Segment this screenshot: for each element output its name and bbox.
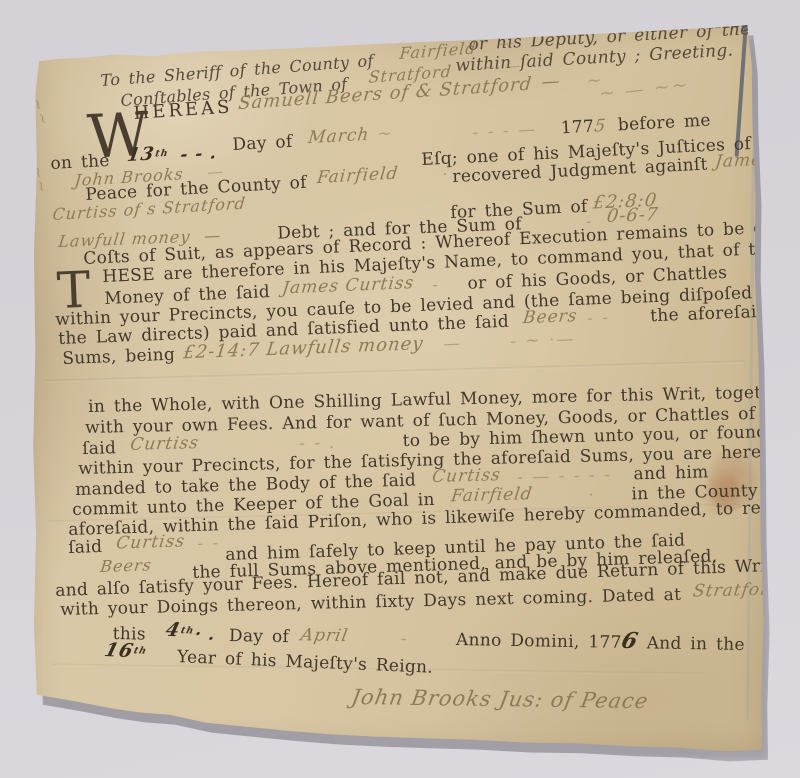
blank-space xyxy=(612,479,634,480)
blank-space xyxy=(414,290,432,291)
document-line: Beers xyxy=(100,556,152,576)
handwritten-text: - ~ ·— xyxy=(509,330,576,352)
handwritten-text: th xyxy=(180,627,196,638)
handwritten-text: ~ — ~~ xyxy=(599,74,691,106)
handwritten-text: - xyxy=(431,276,441,296)
blank-space xyxy=(408,644,456,645)
handwritten-text: th xyxy=(133,647,149,658)
handwritten-text: ~~~ xyxy=(25,151,52,195)
blank-space xyxy=(610,321,650,323)
handwritten-text: ~ xyxy=(376,124,394,145)
blank-space xyxy=(398,180,442,182)
printed-text: the aforeſaid xyxy=(650,302,768,327)
handwritten-text: 16 xyxy=(102,640,136,663)
handwritten-text: — xyxy=(442,335,463,355)
blank-space xyxy=(423,349,443,350)
handwritten-text: Curtiss xyxy=(129,434,200,455)
handwritten-text: Curtiss of s Stratford xyxy=(52,194,247,224)
blank-space xyxy=(191,241,205,242)
document-line: Curtiss of s Stratford xyxy=(52,195,246,225)
document-ink-layer: WTor his Deputy, or either of thewithin … xyxy=(0,0,800,778)
handwritten-text: Beers xyxy=(522,307,579,329)
handwritten-text: - xyxy=(399,630,410,650)
handwritten-text: — xyxy=(497,33,517,53)
handwritten-text: ~~ xyxy=(27,97,53,127)
printed-text: ſaid xyxy=(82,438,116,459)
handwritten-text: - - xyxy=(586,309,611,330)
handwritten-text: Fairfield xyxy=(316,164,399,188)
handwritten-text: — xyxy=(541,72,562,94)
printed-text: And in the xyxy=(638,633,745,655)
document-line: ~~~ xyxy=(25,150,51,196)
printed-text: ſaid xyxy=(68,537,103,558)
printed-text: Year of his Majeſty's Reign. xyxy=(177,647,434,678)
blank-space xyxy=(561,89,587,91)
document-paper: WTor his Deputy, or either of thewithin … xyxy=(28,20,768,755)
handwritten-text: Curtiss xyxy=(115,532,186,554)
handwritten-text: 13 xyxy=(126,144,156,166)
handwritten-text: James Curtiss xyxy=(281,274,415,299)
blank-space xyxy=(147,661,177,662)
blank-space xyxy=(462,347,510,349)
printed-text: 177 xyxy=(560,117,594,139)
handwritten-text: - - - — xyxy=(471,121,537,144)
handwritten-text: Fairfield xyxy=(398,39,477,63)
handwritten-text: John Brooks Jus: of Peace xyxy=(350,685,651,713)
printed-text: Day of xyxy=(232,132,293,155)
handwritten-text: ~ xyxy=(586,71,605,93)
handwritten-text: - - . xyxy=(298,434,338,455)
document-line: Day ofMarch~ xyxy=(232,128,394,156)
printed-text: and him xyxy=(633,462,709,484)
blank-space xyxy=(606,130,618,131)
handwritten-text: April xyxy=(299,626,350,646)
handwritten-text: - - xyxy=(196,534,221,554)
blank-space xyxy=(199,449,299,451)
blank-space xyxy=(532,501,588,503)
blank-space xyxy=(348,643,400,644)
handwritten-text: Beers xyxy=(99,556,153,576)
handwritten-text: 5 xyxy=(593,117,607,137)
printed-text: Sums, being xyxy=(62,345,175,369)
handwritten-text: James xyxy=(714,150,773,172)
handwritten-text: th xyxy=(155,149,170,161)
document-line: ~~ xyxy=(28,96,53,129)
photo-background: WTor his Deputy, or either of thewithin … xyxy=(0,0,800,778)
blank-space xyxy=(440,289,468,290)
blank-space xyxy=(537,133,561,134)
blank-space xyxy=(596,499,632,500)
printed-text: Anno Domini, 177 xyxy=(456,630,622,653)
handwritten-text: March xyxy=(307,126,370,149)
handwritten-text: · xyxy=(441,166,450,186)
printed-text: Day of xyxy=(229,626,289,647)
blank-space xyxy=(337,446,403,448)
handwritten-text: Fairfield xyxy=(449,485,533,507)
handwritten-text: Stratford xyxy=(692,580,783,602)
handwritten-text: · . xyxy=(192,625,217,645)
document-line: ~ — ~~ xyxy=(598,75,691,106)
printed-text: before me xyxy=(617,111,711,136)
document-line: John Brooks Jus: of Peace xyxy=(352,685,649,713)
